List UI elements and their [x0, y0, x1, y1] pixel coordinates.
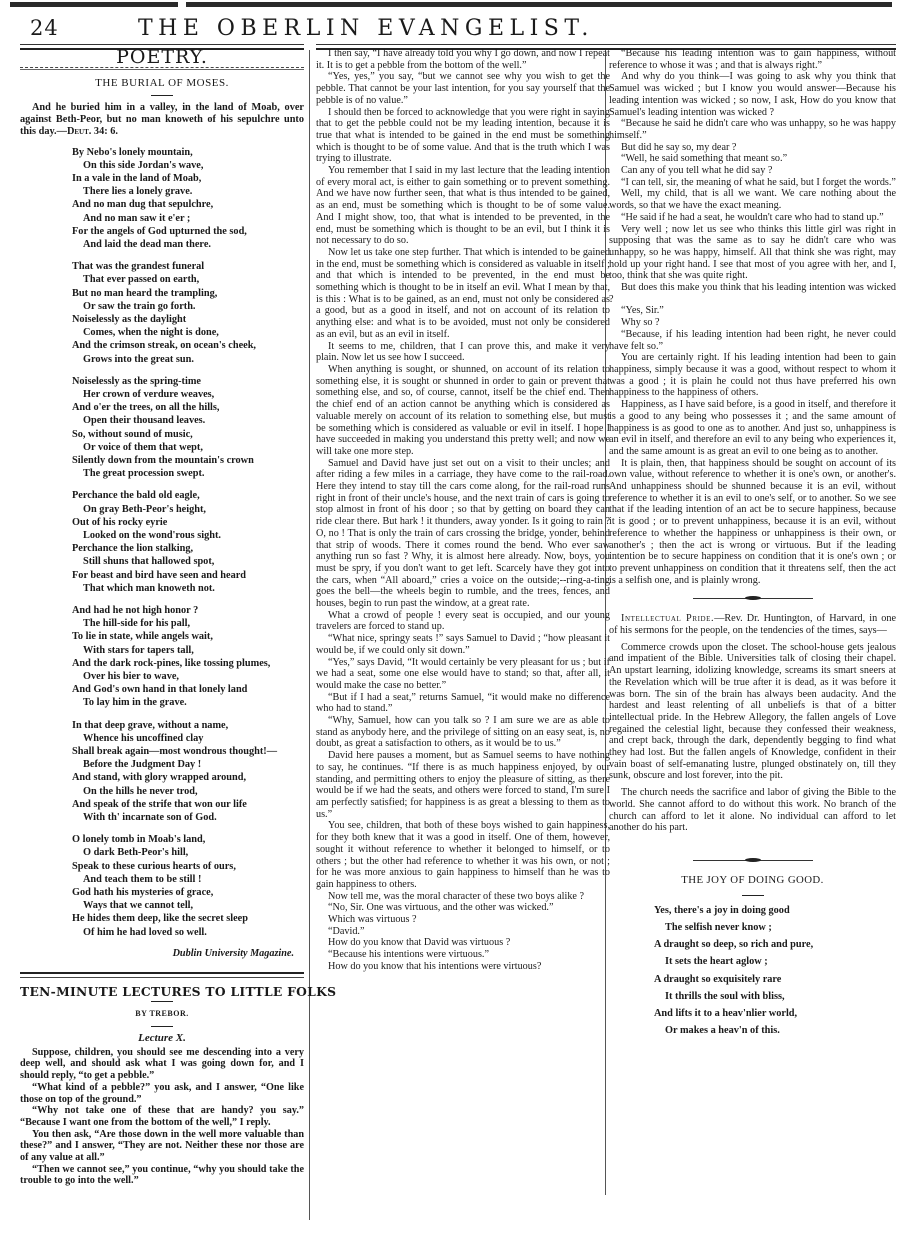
paragraph: “What nice, springy seats !” says Samuel… [316, 633, 610, 656]
poem-line: On gray Beth-Peor's height, [72, 503, 304, 516]
poem-line: Still shuns that hallowed spot, [72, 555, 304, 568]
poem-line: Noiselessly as the spring-time [72, 375, 304, 388]
paragraph: When anything is sought, or shunned, on … [316, 364, 610, 458]
poem-line: And laid the dead man there. [72, 238, 304, 251]
poem-line: That was the grandest funeral [72, 260, 304, 273]
paragraph: I then say, “I have already told you why… [316, 48, 610, 71]
paragraph: Which was virtuous ? [316, 914, 610, 926]
poem-line: In a vale in the land of Moab, [72, 172, 304, 185]
paragraph: “Yes, yes,” you say, “but we cannot see … [316, 71, 610, 106]
paragraph: Samuel and David have just set out on a … [316, 458, 610, 610]
poem-epigraph: And he buried him in a valley, in the la… [20, 102, 304, 137]
poem-stanza: By Nebo's lonely mountain,On this side J… [72, 146, 304, 252]
column-2: I then say, “I have already told you why… [316, 48, 610, 973]
top-rule-right [186, 2, 892, 7]
paragraph: “Well, he said something that meant so.” [609, 153, 896, 165]
poem-line: On this side Jordan's wave, [72, 159, 304, 172]
poem-stanza: Perchance the bald old eagle,On gray Bet… [72, 489, 304, 595]
ornamental-rule-1 [693, 598, 813, 599]
poem-stanzas: By Nebo's lonely mountain,On this side J… [20, 146, 304, 939]
poem-line: Speak to these curious hearts of ours, [72, 860, 304, 873]
poem2-title: THE JOY OF DOING GOOD. [609, 875, 896, 887]
poem-line: With th' incarnate son of God. [72, 811, 304, 824]
paragraph: How do you know that David was virtuous … [316, 937, 610, 949]
paragraph: Very well ; now let us see who thinks th… [609, 224, 896, 283]
paragraph: “David.” [316, 926, 610, 938]
paragraph: But did he say so, my dear ? [609, 142, 896, 154]
paragraph: Can any of you tell what he did say ? [609, 165, 896, 177]
poem-line: Or makes a heav'n of this. [654, 1022, 896, 1039]
poem-line: God hath his mysteries of grace, [72, 886, 304, 899]
poem2-stanza: Yes, there's a joy in doing goodThe self… [654, 902, 896, 1040]
poem-line: Comes, when the night is done, [72, 326, 304, 339]
poem-line: Or saw the train go forth. [72, 300, 304, 313]
poem-line: It sets the heart aglow ; [654, 953, 896, 970]
paragraph: “Because his leading intention was to ga… [609, 48, 896, 71]
paragraph: You remember that I said in my last lect… [316, 165, 610, 247]
poem-line: Noiselessly as the daylight [72, 313, 304, 326]
page-number: 24 [30, 16, 59, 40]
poem-attribution: Dublin University Magazine. [20, 948, 304, 960]
paragraph: “No, Sir. One was virtuous, and the othe… [316, 902, 610, 914]
poem-line: And o'er the trees, on all the hills, [72, 401, 304, 414]
poem-line: Over his bier to wave, [72, 670, 304, 683]
poem-line: And the crimson streak, on ocean's cheek… [72, 339, 304, 352]
poem-line: Open their thousand leaves. [72, 414, 304, 427]
intellectual-pride-intro: Intellectual Pride.—Rev. Dr. Huntington,… [609, 613, 896, 636]
poem-line: And no man dug that sepulchre, [72, 198, 304, 211]
poem-line: That ever passed on earth, [72, 273, 304, 286]
poem-line: There lies a lonely grave. [72, 185, 304, 198]
church-note: The church needs the sacrifice and labor… [609, 787, 896, 834]
paragraph: Suppose, children, you should see me des… [20, 1047, 304, 1082]
title-rule [151, 95, 173, 96]
poem-line: To lay him in the grave. [72, 696, 304, 709]
top-rule-left [10, 2, 178, 7]
poem-line: A draught so exquisitely rare [654, 971, 896, 988]
paragraph: “Because, if his leading intention had b… [609, 329, 896, 352]
poem-line: Ways that we cannot tell, [72, 899, 304, 912]
paragraph: You then ask, “Are those down in the wel… [20, 1129, 304, 1164]
paragraph: “But if I had a seat,” returns Samuel, “… [316, 692, 610, 715]
poem-line: Shall break again—most wondrous thought!… [72, 745, 304, 758]
poem-stanza: That was the grandest funeralThat ever p… [72, 260, 304, 366]
poem-line: Before the Judgment Day ! [72, 758, 304, 771]
byline: BY TREBOR. [20, 1008, 304, 1020]
paragraph: “Yes, Sir.” [609, 305, 896, 317]
paragraph: “Yes,” says David, “It would certainly b… [316, 657, 610, 692]
paragraph: It seems to me, children, that I can pro… [316, 341, 610, 364]
ornamental-rule-2 [693, 860, 813, 861]
paragraph: You see, children, that both of these bo… [316, 820, 610, 890]
column-1: POETRY. THE BURIAL OF MOSES. And he buri… [20, 48, 304, 1187]
poem-line: Or voice of them that wept, [72, 441, 304, 454]
poem2-title-rule [742, 895, 764, 896]
poem-line: Perchance the lion stalking, [72, 542, 304, 555]
lectures-rule-1 [151, 1001, 173, 1002]
poem-line: And teach them to be still ! [72, 873, 304, 886]
poem-line: In that deep grave, without a name, [72, 719, 304, 732]
paragraph: What a crowd of people ! every seat is o… [316, 610, 610, 633]
poem-line: Out of his rocky eyrie [72, 516, 304, 529]
poem-line: O lonely tomb in Moab's land, [72, 833, 304, 846]
poem-line: And stand, with glory wrapped around, [72, 771, 304, 784]
poem-line: And speak of the strife that won our lif… [72, 798, 304, 811]
paragraph: And why do you think—I was going to ask … [609, 71, 896, 118]
poem-stanza: Noiselessly as the spring-timeHer crown … [72, 375, 304, 481]
poem-stanza: O lonely tomb in Moab's land,O dark Beth… [72, 833, 304, 939]
poem-line: And God's own hand in that lonely land [72, 683, 304, 696]
lecture-number: Lecture X. [20, 1033, 304, 1045]
paragraph: “Then we cannot see,” you continue, “why… [20, 1164, 304, 1187]
paragraph: Happiness, as I have said before, is a g… [609, 399, 896, 458]
section-rule [20, 972, 304, 978]
lectures-heading: TEN-MINUTE LECTURES TO LITTLE FOLKS [20, 986, 304, 998]
poem-line: Looked on the wond'rous sight. [72, 529, 304, 542]
paragraph: “Why, Samuel, how can you talk so ? I am… [316, 715, 610, 750]
intellectual-pride-quote: Commerce crowds upon the closet. The sch… [609, 642, 896, 782]
paragraph: “I can tell, sir, the meaning of what he… [609, 177, 896, 189]
poem-line: Silently down from the mountain's crown [72, 454, 304, 467]
paragraph: “Because his intentions were virtuous.” [316, 949, 610, 961]
column-3: “Because his leading intention was to ga… [609, 48, 896, 1039]
paragraph: You are certainly right. If his leading … [609, 352, 896, 399]
paragraph: It is plain, then, that happiness should… [609, 458, 896, 587]
poem-line: It thrills the soul with bliss, [654, 988, 896, 1005]
poem-line: Grows into the great sun. [72, 353, 304, 366]
poem-line: The selfish never know ; [654, 919, 896, 936]
paragraph: “What kind of a pebble?” you ask, and I … [20, 1082, 304, 1105]
poem-line: For the angels of God upturned the sod, [72, 225, 304, 238]
poem-line: And the dark rock-pines, like tossing pl… [72, 657, 304, 670]
lectures-rule-2 [151, 1026, 173, 1027]
masthead: 24 THE OBERLIN EVANGELIST. [0, 10, 900, 40]
poem-line: On the hills he never trod, [72, 785, 304, 798]
paragraph: I should then be forced to acknowledge t… [316, 107, 610, 166]
paragraph: But does this make you think that his le… [609, 282, 896, 305]
newspaper-page: 24 THE OBERLIN EVANGELIST. POETRY. THE B… [0, 0, 900, 1239]
poem-title: THE BURIAL OF MOSES. [20, 78, 304, 90]
poem-line: Perchance the bald old eagle, [72, 489, 304, 502]
lecture-text-col1: Suppose, children, you should see me des… [20, 1047, 304, 1187]
poem-line: And no man saw it e'er ; [72, 212, 304, 225]
poem-line: Whence his uncoffined clay [72, 732, 304, 745]
poem-line: By Nebo's lonely mountain, [72, 146, 304, 159]
poem-line: For beast and bird have seen and heard [72, 569, 304, 582]
poetry-heading: POETRY. [20, 52, 304, 64]
poem-line: The great procession swept. [72, 467, 304, 480]
poem-line: But no man heard the trampling, [72, 287, 304, 300]
poem-line: That which man knoweth not. [72, 582, 304, 595]
lecture-text-col2: I then say, “I have already told you why… [316, 48, 610, 973]
poem-line: To lie in state, while angels wait, [72, 630, 304, 643]
paragraph: Now tell me, was the moral character of … [316, 891, 610, 903]
paragraph: David here pauses a moment, but as Samue… [316, 750, 610, 820]
epigraph-reference: —Deut. 34: 6. [57, 126, 118, 137]
poem-line: So, without sound of music, [72, 428, 304, 441]
poem-line: Her crown of verdure weaves, [72, 388, 304, 401]
poem-line: O dark Beth-Peor's hill, [72, 846, 304, 859]
column-divider-1 [309, 50, 310, 1220]
newspaper-title: THE OBERLIN EVANGELIST. [138, 16, 594, 41]
intellectual-pride-heading: Intellectual Pride. [621, 613, 714, 624]
paragraph: Why so ? [609, 317, 896, 329]
paragraph: Well, my child, that is all we want. We … [609, 188, 896, 211]
poem-line: A draught so deep, so rich and pure, [654, 936, 896, 953]
paragraph: “Why not take one of these that are hand… [20, 1105, 304, 1128]
lecture-text-col3: “Because his leading intention was to ga… [609, 48, 896, 586]
poem-line: The hill-side for his pall, [72, 617, 304, 630]
poem-line: He hides them deep, like the secret slee… [72, 912, 304, 925]
poem-line: And had he not high honor ? [72, 604, 304, 617]
poem-stanza: And had he not high honor ?The hill-side… [72, 604, 304, 710]
paragraph: Now let us take one step further. That w… [316, 247, 610, 341]
paragraph: “He said if he had a seat, he wouldn't c… [609, 212, 896, 224]
poem-line: Of him he had loved so well. [72, 926, 304, 939]
paragraph: How do you know that his intentions were… [316, 961, 610, 973]
poem-line: Yes, there's a joy in doing good [654, 902, 896, 919]
poem-line: With stars for tapers tall, [72, 644, 304, 657]
poem-stanza: In that deep grave, without a name,Whenc… [72, 719, 304, 825]
poem-line: And lifts it to a heav'nlier world, [654, 1005, 896, 1022]
paragraph: “Because he said he didn't care who was … [609, 118, 896, 141]
